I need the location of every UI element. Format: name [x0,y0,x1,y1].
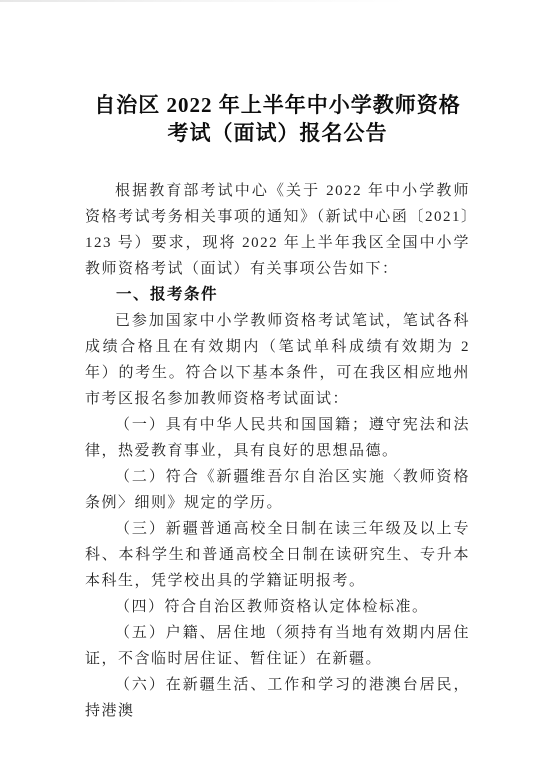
document-title-line-2: 考试（面试）报名公告 [85,119,470,147]
paragraph-condition-1: （一）具有中华人民共和国国籍；遵守宪法和法律，热爱教育事业，具有良好的思想品德。 [85,412,470,464]
document-title: 自治区 2022 年上半年中小学教师资格 考试（面试）报名公告 [85,91,470,147]
paragraph-condition-3: （三）新疆普通高校全日制在读三年级及以上专科、本科学生和普通高校全日制在读研究生… [85,516,470,594]
document-body: 根据教育部考试中心《关于 2022 年中小学教师资格考试考务相关事项的通知》（新… [85,178,470,724]
paragraph-condition-5: （五）户籍、居住地（须持有当地有效期内居住证，不含临时居住证、暂住证）在新疆。 [85,620,470,672]
document-content: 自治区 2022 年上半年中小学教师资格 考试（面试）报名公告 根据教育部考试中… [85,91,470,724]
paragraph-condition-4: （四）符合自治区教师资格认定体检标准。 [85,594,470,620]
paragraph-condition-2: （二）符合《新疆维吾尔自治区实施〈教师资格条例〉细则》规定的学历。 [85,464,470,516]
paragraph-eligibility-overview: 已参加国家中小学教师资格考试笔试，笔试各科成绩合格且在有效期内（笔试单科成绩有效… [85,308,470,412]
document-title-line-1: 自治区 2022 年上半年中小学教师资格 [85,91,470,119]
section-heading-application-conditions: 一、报考条件 [85,282,470,308]
document-page: 自治区 2022 年上半年中小学教师资格 考试（面试）报名公告 根据教育部考试中… [0,0,544,770]
paragraph-condition-6: （六）在新疆生活、工作和学习的港澳台居民，持港澳 [85,672,470,724]
intro-paragraph: 根据教育部考试中心《关于 2022 年中小学教师资格考试考务相关事项的通知》（新… [85,178,470,282]
scan-edge-artifact [0,0,544,2]
